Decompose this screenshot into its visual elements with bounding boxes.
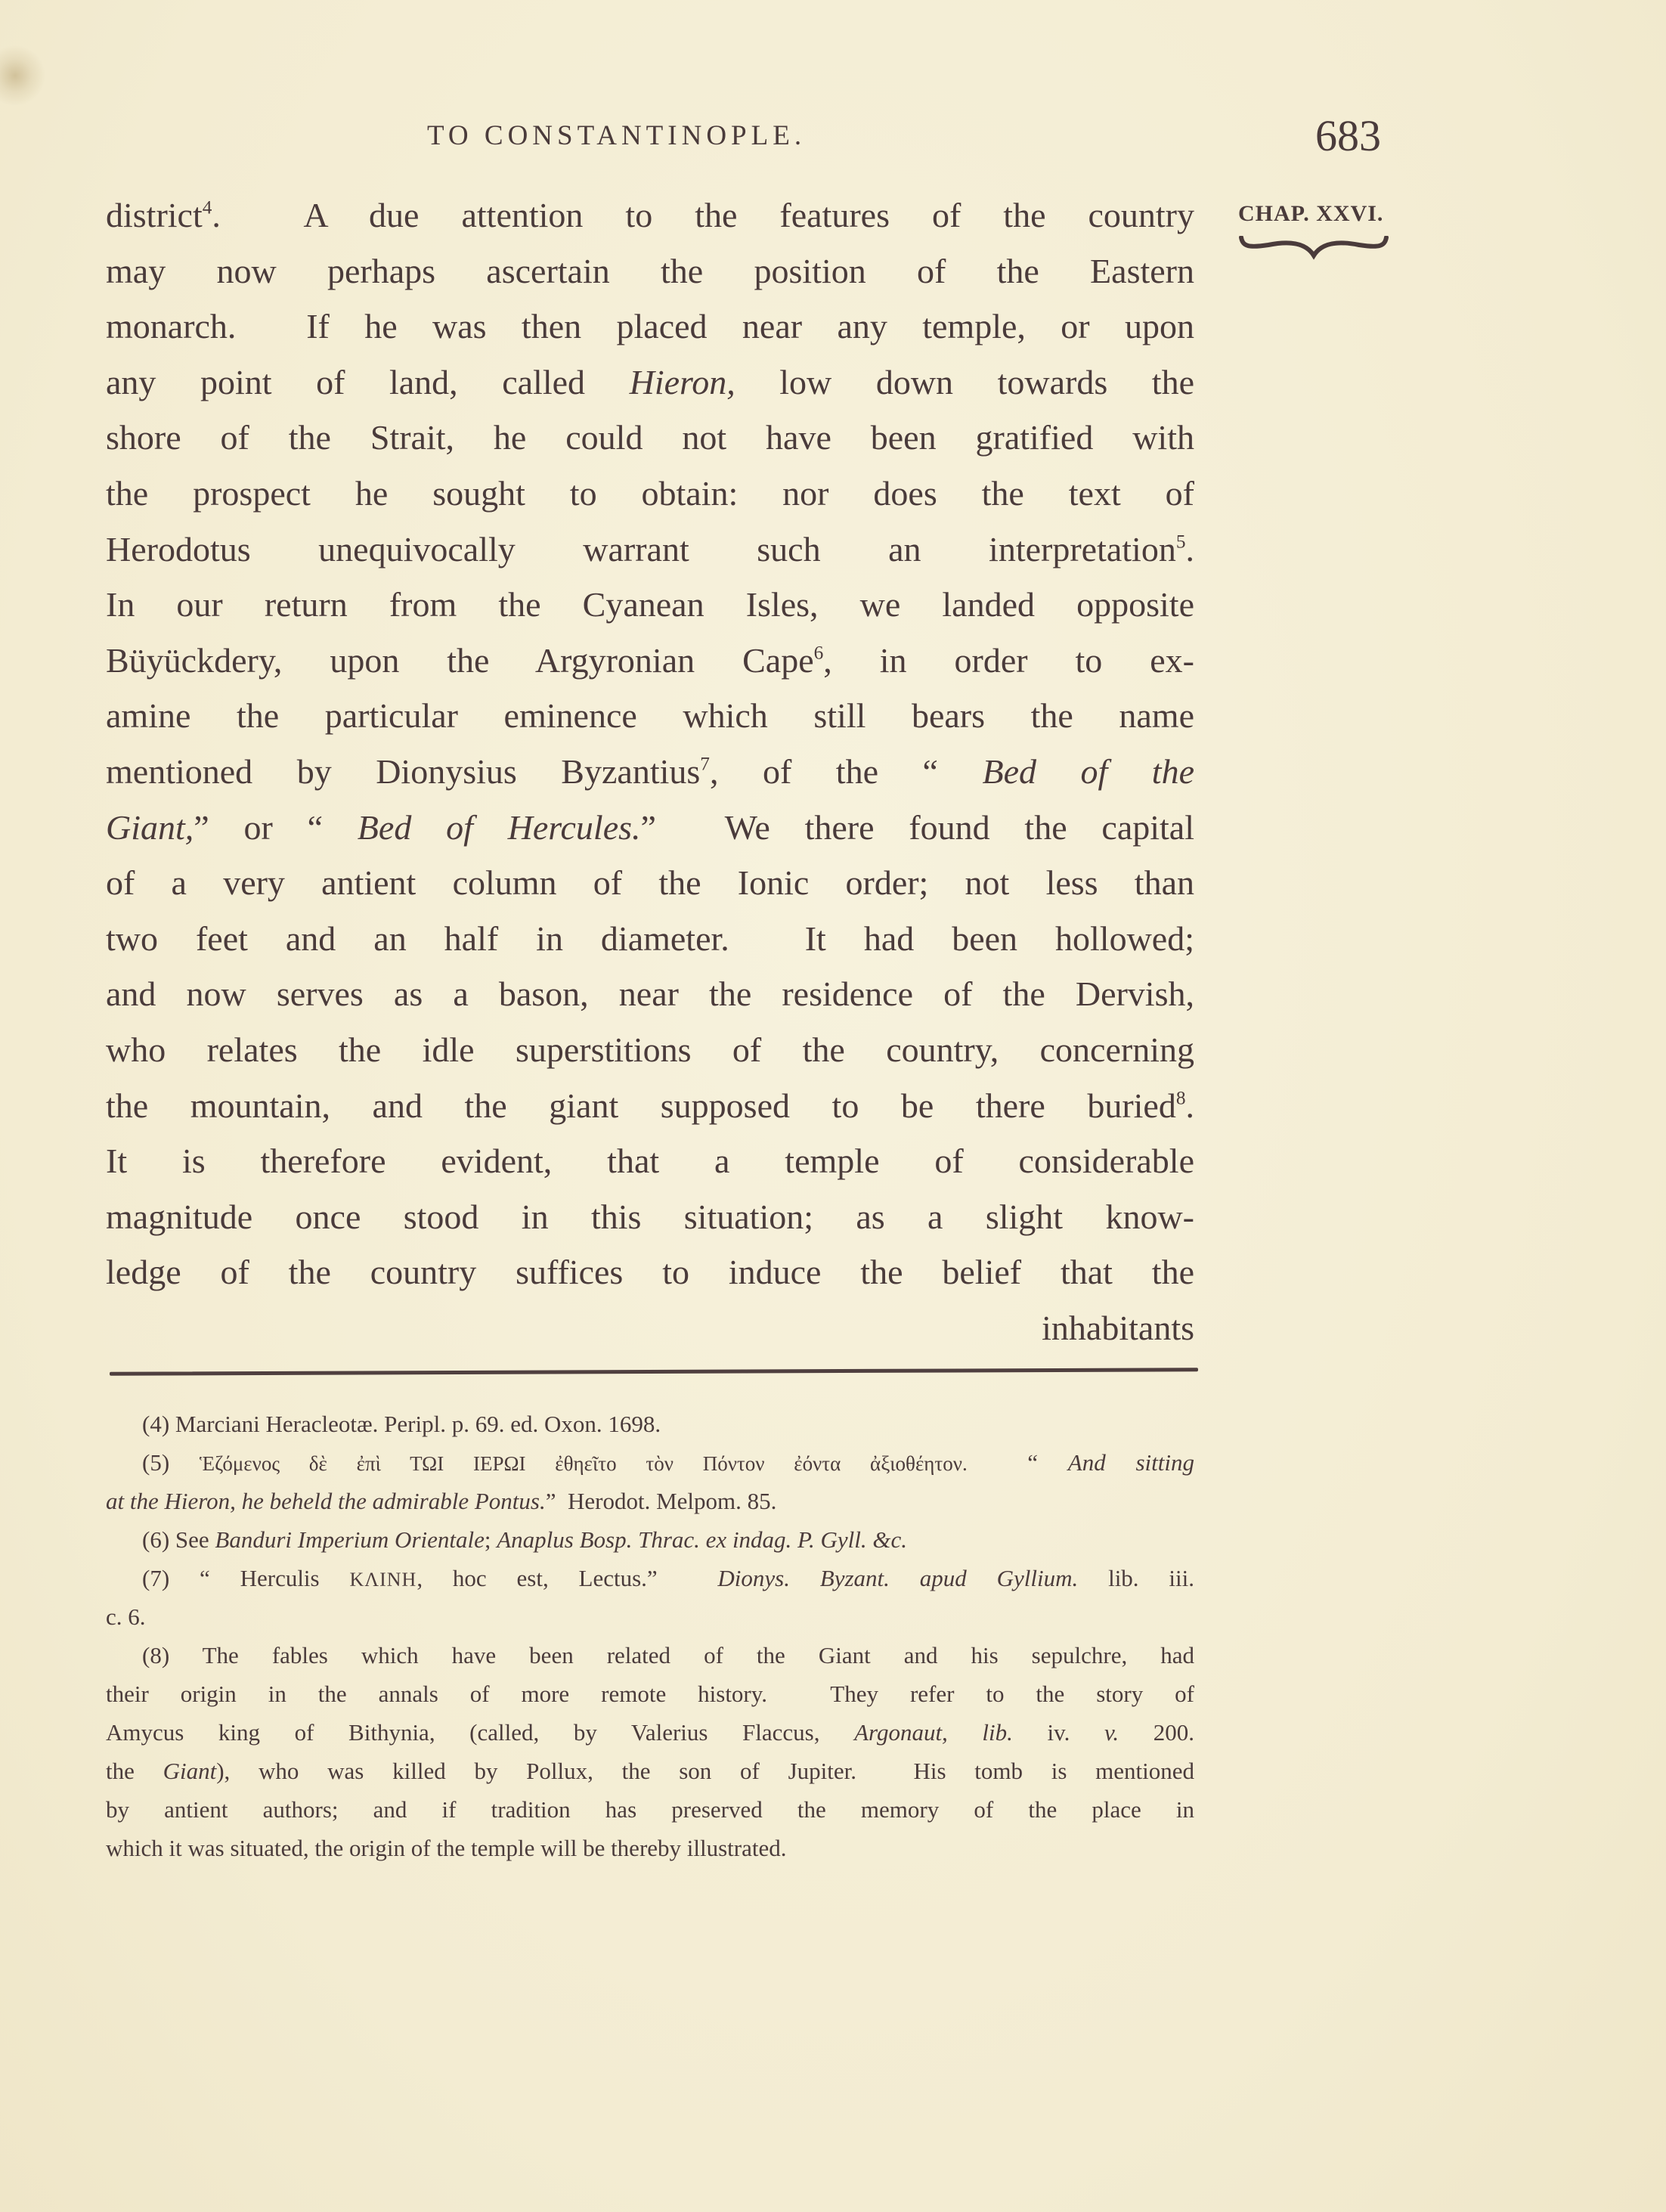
text-run: amine the particular eminence which stil… (106, 696, 1194, 735)
footnote-line: by antient authors; and if tradition has… (106, 1790, 1194, 1829)
body-line: mentioned by Dionysius Byzantius7, of th… (106, 744, 1194, 800)
footnote-line: their origin in the annals of more remot… (106, 1674, 1194, 1713)
footnote-line: c. 6. (106, 1597, 1194, 1636)
text-run: And sitting (1068, 1449, 1194, 1476)
chapter-marker: CHAP. XXVI. (1238, 201, 1383, 227)
body-line: Giant,” or “ Bed of Hercules.” We there … (106, 800, 1194, 856)
text-run: by antient authors; and if tradition has… (106, 1796, 1194, 1823)
footnote-line: which it was situated, the origin of the… (106, 1829, 1194, 1867)
footnote-ref[interactable]: 4 (203, 197, 212, 218)
footnote-ref[interactable]: 6 (814, 642, 824, 663)
body-line: the mountain, and the giant supposed to … (106, 1078, 1194, 1134)
body-line: any point of land, called Hieron, low do… (106, 355, 1194, 410)
footnote-line: at the Hieron, he beheld the admirable P… (106, 1482, 1194, 1520)
text-run: Amycus king of Bithynia, (called, by Val… (106, 1719, 854, 1746)
text-run: (4) Marciani Heracleotæ. Peripl. p. 69. … (142, 1411, 661, 1437)
text-run: two feet and an half in diameter. It had… (106, 919, 1194, 958)
text-run: ” We there found the capital (641, 808, 1194, 847)
text-run: c. 6. (106, 1603, 146, 1630)
text-run: Giant, (106, 808, 194, 847)
text-run: Argonaut, lib. (854, 1719, 1013, 1746)
footnote-line: (5) Ἑζόμενος δὲ ἐπὶ ΤΩΙ ΙΕΡΩΙ ἐθηεῖτο τὸ… (106, 1443, 1194, 1482)
text-run: “ (968, 1449, 1068, 1476)
footnote-line: Amycus king of Bithynia, (called, by Val… (106, 1713, 1194, 1752)
footnote-ref[interactable]: 5 (1176, 531, 1186, 552)
text-run: In our return from the Cyanean Isles, we… (106, 585, 1194, 624)
text-run: (7) “ Herculis (142, 1565, 349, 1591)
footnote-rule (110, 1368, 1198, 1376)
footnote-line: (6) See Banduri Imperium Orientale; Anap… (106, 1520, 1194, 1559)
body-line: In our return from the Cyanean Isles, we… (106, 577, 1194, 633)
text-run: Bed of the (982, 752, 1194, 791)
footnote-line: (7) “ Herculis ΚΛΙΝΗ, hoc est, Lectus.” … (106, 1559, 1194, 1597)
body-line: It is therefore evident, that a temple o… (106, 1133, 1194, 1189)
body-line: who relates the idle superstitions of th… (106, 1022, 1194, 1078)
running-head: TO CONSTANTINOPLE. (427, 119, 806, 152)
text-run: inhabitants (1042, 1309, 1194, 1347)
text-run: of a very antient column of the Ionic or… (106, 863, 1194, 902)
text-run: mentioned by Dionysius Byzantius (106, 752, 700, 791)
text-run: Dionys. Byzant. apud Gyllium. (717, 1565, 1078, 1591)
text-run: and now serves as a bason, near the resi… (106, 974, 1194, 1013)
body-line: monarch. If he was then placed near any … (106, 299, 1194, 355)
text-run: Banduri Imperium Orientale (215, 1526, 484, 1553)
text-run: ledge of the country suffices to induce … (106, 1253, 1194, 1291)
text-run: shore of the Strait, he could not have b… (106, 418, 1194, 457)
footnote-line: (4) Marciani Heracleotæ. Peripl. p. 69. … (106, 1405, 1194, 1443)
body-line: two feet and an half in diameter. It had… (106, 911, 1194, 967)
text-run: the mountain, and the giant supposed to … (106, 1086, 1176, 1125)
footnote-line: (8) The fables which have been related o… (106, 1636, 1194, 1674)
body-line: ledge of the country suffices to induce … (106, 1244, 1194, 1300)
body-line: Herodotus unequivocally warrant such an … (106, 522, 1194, 578)
text-run: Hieron, (630, 363, 735, 401)
body-line: district4. A due attention to the featur… (106, 187, 1194, 243)
text-run: any point of land, called (106, 363, 630, 401)
text-run: their origin in the annals of more remot… (106, 1681, 1194, 1707)
body-line: Büyückdery, upon the Argyronian Cape6, i… (106, 633, 1194, 689)
text-run: v. (1104, 1719, 1119, 1746)
text-run: magnitude once stood in this situation; … (106, 1197, 1194, 1236)
text-run: Bed of Hercules. (358, 808, 641, 847)
text-run: low down towards the (735, 363, 1194, 401)
text-run: the (106, 1758, 163, 1784)
text-run: monarch. If he was then placed near any … (106, 307, 1194, 345)
text-run: (6) See (142, 1526, 215, 1553)
body-line: may now perhaps ascertain the position o… (106, 243, 1194, 299)
text-run: may now perhaps ascertain the position o… (106, 252, 1194, 290)
text-run: , in order to ex- (823, 641, 1194, 680)
body-line: shore of the Strait, he could not have b… (106, 410, 1194, 466)
text-run: . A due attention to the features of the… (212, 196, 1194, 234)
text-run: , hoc est, Lectus.” (416, 1565, 717, 1591)
body-line: of a very antient column of the Ionic or… (106, 855, 1194, 911)
text-run: . (1186, 1086, 1195, 1125)
text-run: district (106, 196, 203, 234)
body-line: amine the particular eminence which stil… (106, 688, 1194, 744)
text-run: , of the “ (710, 752, 983, 791)
footnote-ref[interactable]: 7 (700, 753, 710, 774)
text-run: ” Herodot. Melpom. 85. (546, 1488, 777, 1514)
footnotes: (4) Marciani Heracleotæ. Peripl. p. 69. … (106, 1405, 1194, 1867)
text-run: lib. iii. (1078, 1565, 1194, 1591)
body-line: and now serves as a bason, near the resi… (106, 966, 1194, 1022)
brace-ornament-icon (1238, 236, 1389, 267)
text-run: who relates the idle superstitions of th… (106, 1030, 1194, 1069)
text-run: 200. (1119, 1719, 1194, 1746)
text-run: ΚΛΙΝΗ (349, 1569, 416, 1591)
text-run: ” or “ (194, 808, 358, 847)
body-text: district4. A due attention to the featur… (106, 187, 1194, 1355)
text-run: which it was situated, the origin of the… (106, 1835, 787, 1861)
text-run: the prospect he sought to obtain: nor do… (106, 474, 1194, 513)
text-run: Ἑζόμενος δὲ ἐπὶ ΤΩΙ ΙΕΡΩΙ ἐθηεῖτο τὸν Πό… (200, 1452, 968, 1475)
body-line: magnitude once stood in this situation; … (106, 1189, 1194, 1245)
text-run: Herodotus unequivocally warrant such an … (106, 530, 1176, 568)
footnote-ref[interactable]: 8 (1176, 1087, 1186, 1108)
text-run: (5) (142, 1449, 200, 1476)
catchword: inhabitants (106, 1300, 1194, 1356)
text-run: (8) The fables which have been related o… (142, 1642, 1194, 1668)
footnote-line: the Giant), who was killed by Pollux, th… (106, 1752, 1194, 1790)
text-run: Anaplus Bosp. Thrac. ex indag. P. Gyll. … (497, 1526, 907, 1553)
text-run: . (1186, 530, 1195, 568)
page-number: 683 (1315, 110, 1381, 161)
text-run: Giant (163, 1758, 217, 1784)
text-run: at the Hieron, he beheld the admirable P… (106, 1488, 546, 1514)
text-run: iv. (1013, 1719, 1104, 1746)
text-run: ), who was killed by Pollux, the son of … (216, 1758, 1194, 1784)
text-run: Büyückdery, upon the Argyronian Cape (106, 641, 814, 680)
body-line: the prospect he sought to obtain: nor do… (106, 466, 1194, 522)
text-run: It is therefore evident, that a temple o… (106, 1142, 1194, 1180)
text-run: ; (485, 1526, 497, 1553)
